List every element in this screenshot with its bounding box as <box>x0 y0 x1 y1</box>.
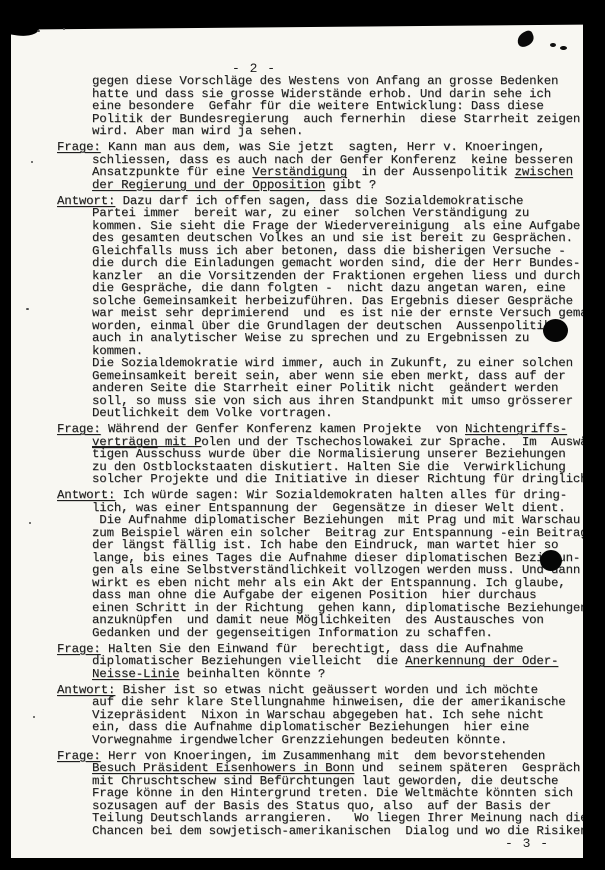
question-2: Frage: Während der Genfer Konferenz kame… <box>92 423 583 486</box>
text-line: der Regierung und der Opposition gibt ? <box>92 179 583 192</box>
scan-speck <box>33 716 35 718</box>
text-segment: Vorwegnahme irgendwelcher Grenzziehungen… <box>92 733 507 747</box>
text-line: Vorwegnahme irgendwelcher Grenzziehungen… <box>92 734 583 747</box>
ragged-scan-edge <box>11 24 583 30</box>
ink-smudge <box>515 29 536 48</box>
question-1: Frage: Kann man aus dem, was Sie jetzt s… <box>92 141 583 191</box>
question-3: Frage: Halten Sie den Einwand für berech… <box>92 643 583 681</box>
text-line: solcher Projekte und die Initiative in d… <box>92 473 583 486</box>
text-segment: Deutlichkeit dem Volke vortragen. <box>92 406 332 420</box>
answer-3: Antwort: Bisher ist so etwas nicht geäus… <box>92 684 583 747</box>
underlined-text: Anerkennung der Oder- <box>405 654 558 668</box>
text-segment: gibt ? <box>325 178 376 192</box>
ink-blot <box>540 550 562 571</box>
document-page: - 2 - gegen diese Vorschläge des Westens… <box>11 24 583 858</box>
question-4: Frage: Herr von Knoeringen, im Zusammenh… <box>92 750 583 838</box>
text-segment: auch in analytischer Weise zu sprechen u… <box>92 331 529 345</box>
text-segment: Gedanken und der gegenseitigen Informati… <box>92 626 493 640</box>
document-body: gegen diese Vorschläge des Westens von A… <box>92 75 583 837</box>
ink-blot <box>543 319 568 342</box>
text-line: Gedanken und der gegenseitigen Informati… <box>92 627 583 640</box>
text-line: Neisse-Linie beinhalten könnte ? <box>92 668 583 681</box>
ink-dot <box>550 43 556 47</box>
scan-speck <box>26 308 29 310</box>
scanned-document-background: { "page": { "number_top": "- 2 -", "numb… <box>0 0 605 870</box>
answer-2: Antwort: Ich würde sagen: Wir Sozialdemo… <box>92 489 583 639</box>
text-line: Deutlichkeit dem Volke vortragen. <box>92 407 583 420</box>
underlined-text: der Regierung und der Opposition <box>92 178 325 192</box>
ragged-corner <box>11 24 40 38</box>
answer-1: Antwort: Dazu darf ich offen sagen, dass… <box>92 195 583 420</box>
underlined-text: zwischen <box>515 165 573 179</box>
scan-speck <box>31 161 33 163</box>
text-segment: wird. Aber man wird ja sehen. <box>92 124 303 138</box>
scan-speck <box>63 28 65 30</box>
underlined-text: Neisse-Linie <box>92 667 179 681</box>
text-segment: beinhalten könnte ? <box>179 667 325 681</box>
text-line: auch in analytischer Weise zu sprechen u… <box>92 332 583 345</box>
scan-speck <box>29 522 31 524</box>
ink-dot <box>560 46 567 50</box>
text-segment: solcher Projekte und die Initiative in d… <box>92 472 583 486</box>
text-line: wird. Aber man wird ja sehen. <box>92 125 583 138</box>
page-number-bottom: - 3 - <box>505 836 549 851</box>
scan-speck <box>37 30 40 32</box>
continuation-paragraph: gegen diese Vorschläge des Westens von A… <box>92 75 583 138</box>
